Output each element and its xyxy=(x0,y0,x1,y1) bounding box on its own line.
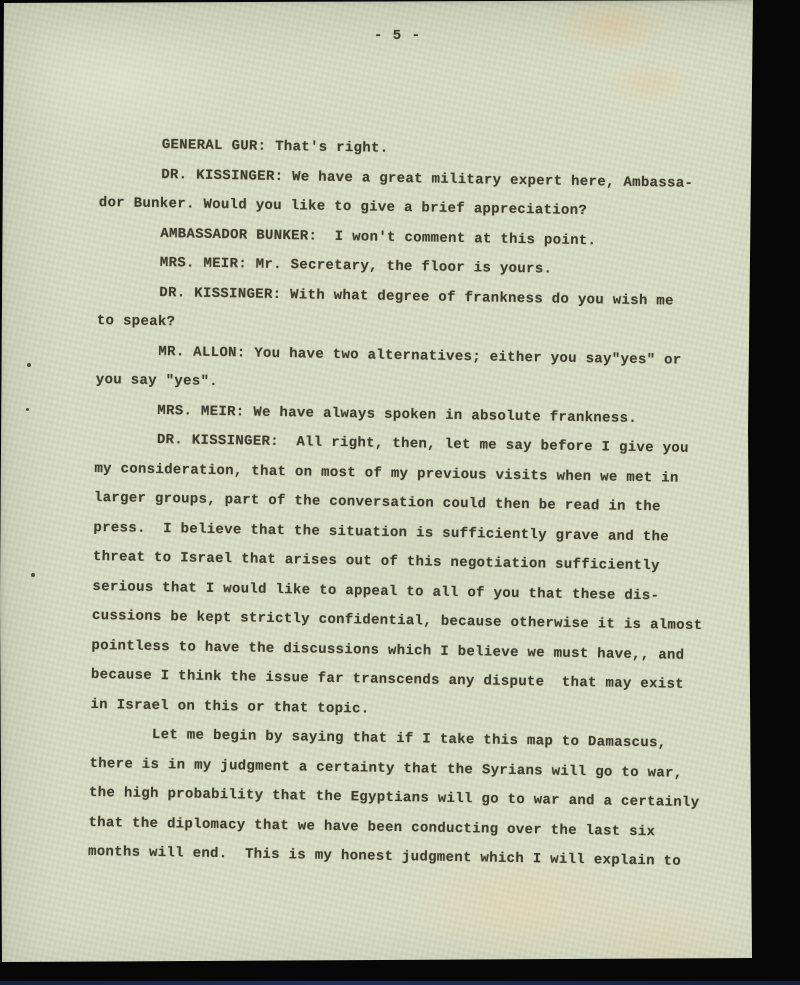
scan-speck xyxy=(27,363,31,367)
document-lines: GENERAL GUR: That's right.DR. KISSINGER:… xyxy=(88,130,748,878)
document-page: - 5 - GENERAL GUR: That's right.DR. KISS… xyxy=(0,0,800,985)
scan-bottom-edge-line xyxy=(0,981,800,985)
scan-speck xyxy=(26,408,29,411)
scanned-page-backdrop: - 5 - GENERAL GUR: That's right.DR. KISS… xyxy=(0,0,800,985)
scan-speck xyxy=(31,573,35,577)
page-number: - 5 - xyxy=(374,28,421,44)
